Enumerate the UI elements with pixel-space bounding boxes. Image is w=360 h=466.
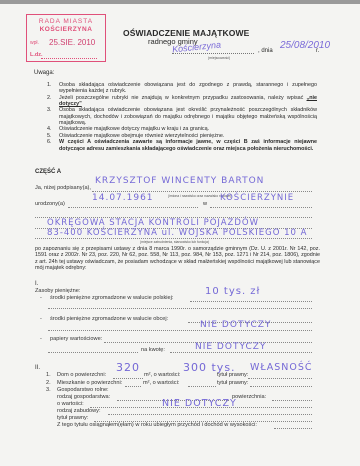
signed-name-value: KRZYSZTOF WINCENTY BARTON	[95, 176, 264, 186]
securities-amount-label: na kwotę:	[141, 347, 165, 353]
date-label: , dnia	[258, 48, 273, 54]
house-area-value: 320	[116, 361, 140, 374]
employer-value-line2: 83-400 KOŚCIERZYNA ul. WOJSKA POLSKIEGO …	[47, 228, 307, 238]
flat-area-label: Mieszkanie o powierzchni:	[57, 380, 122, 386]
bullet: -	[40, 316, 42, 322]
flat-number: 2.	[46, 380, 51, 386]
farm-value-label: o wartości:	[57, 401, 84, 407]
receipt-stamp: RADA MIASTA KOŚCIERZYNA wpł. 25.SIE. 201…	[26, 14, 106, 62]
foreign-currency-value: NIE DOTYCZY	[200, 320, 271, 330]
securities-label: papiery wartościowe:	[50, 336, 102, 342]
notes-list: 1.Osoba składająca oświadczenie obowiąza…	[47, 82, 317, 152]
farm-build-label: rodzaj zabudowy:	[57, 408, 101, 414]
house-area-line	[113, 378, 143, 379]
house-title-label: tytuł prawny:	[217, 372, 248, 378]
foreign-currency-line-2	[48, 330, 312, 331]
stamp-line2: KOŚCIERZYNA	[27, 27, 105, 34]
scan-edge	[0, 0, 360, 4]
employer-value-line1: OKRĘGOWA STACJA KONTROLI POJAZDÓW	[47, 218, 259, 228]
signed-label: Ja, niżej podpisany(a),	[35, 185, 91, 191]
note-item: 5.Oświadczenie majątkowe obejmuje równie…	[47, 133, 317, 139]
declaration-page: RADA MIASTA KOŚCIERZYNA wpł. 25.SIE. 201…	[0, 0, 360, 466]
farm-label: Gospodarstwo rolne:	[57, 387, 109, 393]
house-area-label: Dom o powierzchni:	[57, 372, 106, 378]
securities-line-2	[48, 352, 138, 353]
farm-income-line	[274, 428, 312, 429]
bullet: -	[40, 295, 42, 301]
born-label: urodzony(a)	[35, 201, 65, 207]
polish-currency-line	[190, 301, 312, 302]
farm-income-label: Z tego tytułu osiągnąłem(ęłam) w roku ub…	[57, 422, 257, 428]
notes-label: Uwaga:	[34, 70, 54, 76]
farm-build-line	[108, 414, 312, 415]
gmina-line	[172, 53, 254, 54]
born-date-line	[68, 207, 198, 208]
flat-title-line	[250, 386, 312, 387]
section-2-number: II.	[35, 365, 40, 371]
section-1-heading: Zasoby pieniężne:	[35, 288, 80, 294]
polish-currency-line-2	[48, 308, 312, 309]
flat-value-line	[188, 386, 216, 387]
note-item: 4.Oświadczenie majątkowe dotyczy majątku…	[47, 126, 317, 132]
securities-amount-value: NIE DOTYCZY	[195, 342, 266, 352]
foreign-currency-label: środki pieniężne zgromadzone w walucie o…	[50, 316, 168, 322]
farm-area-line	[272, 400, 312, 401]
house-title-line	[248, 378, 312, 379]
note-item: 1.Osoba składająca oświadczenie obowiąza…	[47, 82, 317, 94]
signed-line	[92, 191, 312, 192]
note-item: 6.W części A oświadczenia zawarte są inf…	[47, 139, 317, 151]
securities-amount-line	[170, 352, 312, 353]
bullet: -	[40, 336, 42, 342]
gmina-caption: (miejscowość)	[208, 56, 230, 60]
legal-basis-text: po zapoznaniu się z przepisami ustawy z …	[35, 246, 320, 271]
born-place-value: KOŚCIERZYNIE	[220, 193, 294, 203]
date-value: 25/08/2010	[280, 40, 330, 51]
farm-title-label: tytuł prawny:	[57, 415, 88, 421]
polish-currency-value: 10 tys. zł	[205, 286, 260, 297]
farm-value-value: NIE DOTYCZY	[162, 398, 237, 409]
farm-number: 3.	[46, 387, 51, 393]
farm-area-label: powierzchnia:	[232, 394, 266, 400]
employer-caption: (miejsce zatrudnienia, stanowisko lub fu…	[140, 240, 209, 244]
born-place-line	[210, 207, 312, 208]
date-suffix: r.	[316, 48, 319, 54]
stamp-line1: RADA MIASTA	[27, 19, 105, 26]
note-item: 3.Osoba składająca oświadczenie obowiąza…	[47, 107, 317, 126]
house-number: 1.	[46, 372, 51, 378]
house-value-label: m², o wartości:	[144, 372, 180, 378]
house-title-value: WŁASNOŚĆ	[250, 362, 313, 373]
stamp-date: 25.SIE. 2010	[49, 39, 95, 47]
flat-title-label: tytuł prawny:	[217, 380, 248, 386]
employer-line-2	[35, 238, 312, 239]
polish-currency-label: środki pieniężne zgromadzone w walucie p…	[50, 295, 173, 301]
section-1-number: I.	[35, 281, 38, 287]
note-item: 2.Jeżeli poszczególne rubryki nie znajdu…	[47, 95, 317, 107]
flat-area-line	[125, 386, 141, 387]
farm-type-label: rodzaj gospodarstwa:	[57, 394, 110, 400]
flat-value-label: m², o wartości:	[143, 380, 179, 386]
part-a-heading: CZĘŚĆ A	[35, 169, 61, 175]
stamp-ldz-line	[41, 58, 97, 59]
stamp-date-label: wpł.	[30, 41, 39, 46]
born-in-label: w	[203, 201, 207, 207]
born-date-value: 14.07.1961	[92, 193, 154, 203]
